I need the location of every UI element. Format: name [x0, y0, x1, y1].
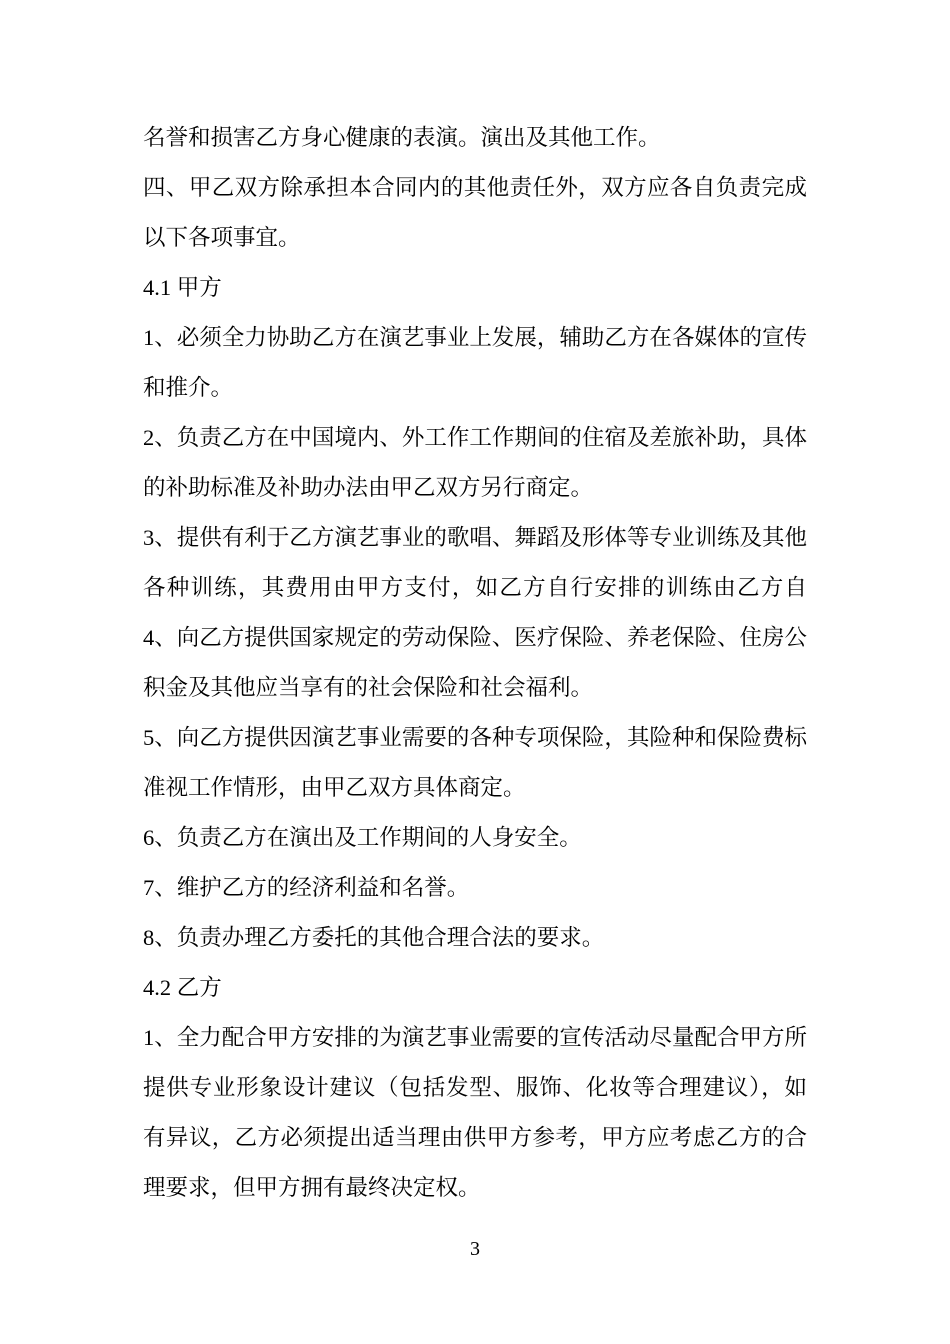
paragraph-line: 各种训练，其费用由甲方支付，如乙方自行安排的训练由乙方自理。	[143, 563, 807, 613]
paragraph-line: 2、负责乙方在中国境内、外工作工作期间的住宿及差旅补助，具体	[143, 413, 807, 463]
paragraph-line: 积金及其他应当享有的社会保险和社会福利。	[143, 663, 807, 713]
paragraph-line: 6、负责乙方在演出及工作期间的人身安全。	[143, 813, 807, 863]
paragraph-line: 1、全力配合甲方安排的为演艺事业需要的宣传活动尽量配合甲方所	[143, 1013, 807, 1063]
paragraph-line: 8、负责办理乙方委托的其他合理合法的要求。	[143, 913, 807, 963]
page-number: 3	[0, 1238, 950, 1261]
contract-text-block: 名誉和损害乙方身心健康的表演。演出及其他工作。 四、甲乙双方除承担本合同内的其他…	[143, 113, 807, 1213]
paragraph-line: 提供专业形象设计建议（包括发型、服饰、化妆等合理建议），如	[143, 1063, 807, 1113]
paragraph-line: 以下各项事宜。	[143, 213, 807, 263]
paragraph-line: 和推介。	[143, 363, 807, 413]
paragraph-line: 5、向乙方提供因演艺事业需要的各种专项保险，其险种和保险费标	[143, 713, 807, 763]
document-page: 名誉和损害乙方身心健康的表演。演出及其他工作。 四、甲乙双方除承担本合同内的其他…	[0, 0, 950, 1344]
paragraph-line: 理要求，但甲方拥有最终决定权。	[143, 1163, 807, 1213]
paragraph-line: 4、向乙方提供国家规定的劳动保险、医疗保险、养老保险、住房公	[143, 613, 807, 663]
paragraph-line: 1、必须全力协助乙方在演艺事业上发展，辅助乙方在各媒体的宣传	[143, 313, 807, 363]
paragraph-line: 的补助标准及补助办法由甲乙双方另行商定。	[143, 463, 807, 513]
paragraph-line: 四、甲乙双方除承担本合同内的其他责任外，双方应各自负责完成	[143, 163, 807, 213]
paragraph-line: 3、提供有利于乙方演艺事业的歌唱、舞蹈及形体等专业训练及其他	[143, 513, 807, 563]
section-heading: 4.1 甲方	[143, 263, 807, 313]
paragraph-line: 名誉和损害乙方身心健康的表演。演出及其他工作。	[143, 113, 807, 163]
paragraph-line: 7、维护乙方的经济利益和名誉。	[143, 863, 807, 913]
paragraph-line: 有异议，乙方必须提出适当理由供甲方参考，甲方应考虑乙方的合	[143, 1113, 807, 1163]
section-heading: 4.2 乙方	[143, 963, 807, 1013]
paragraph-line: 准视工作情形，由甲乙双方具体商定。	[143, 763, 807, 813]
